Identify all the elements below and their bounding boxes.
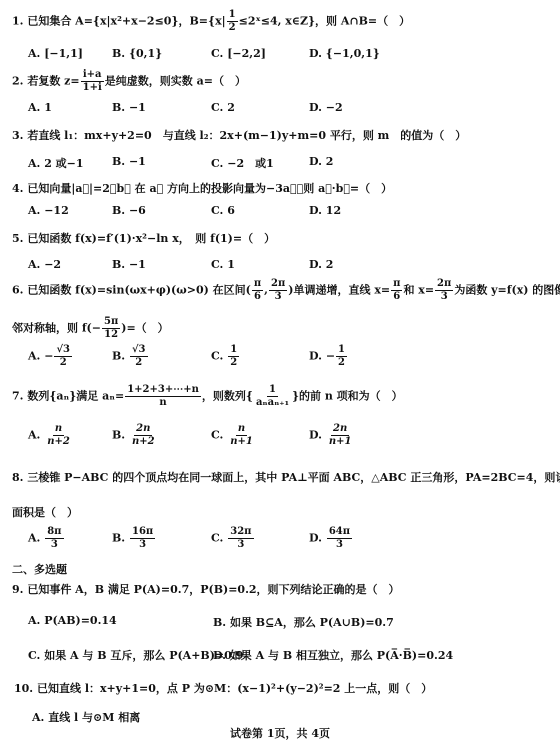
option-c: C. −2 或1 xyxy=(211,155,274,171)
denominator: n+2 xyxy=(130,436,157,447)
option-d: D. {−1,0,1} xyxy=(309,47,380,60)
numerator: 32π xyxy=(228,527,253,539)
option-b: B. −6 xyxy=(112,204,146,217)
option-a: A. −12 xyxy=(28,204,69,217)
question-6-stem-continued: 邻对称轴，则 f(−5π12)=（ ） xyxy=(12,317,169,340)
stem-text: 是纯虚数，则实数 a=（ ） xyxy=(105,75,246,88)
option-sign: − xyxy=(326,350,335,363)
question-9-stem: 9. 已知事件 A，B 满足 P(A)=0.7，P(B)=0.2，则下列结论正确… xyxy=(12,581,400,597)
fraction: π6 xyxy=(391,279,402,302)
question-number: 9. xyxy=(12,583,23,596)
numerator: n xyxy=(53,424,64,436)
section-title: 二、多选题 xyxy=(12,561,67,577)
denominator: aₙaₙ₊₁ xyxy=(254,397,291,408)
option-a: A. −√32 xyxy=(28,345,73,368)
fraction: i+a1+i xyxy=(81,70,104,93)
fraction: 2nn+1 xyxy=(327,424,354,447)
question-number: 1. xyxy=(12,15,23,28)
numerator: √3 xyxy=(130,345,148,357)
numerator: π xyxy=(391,279,402,291)
numerator: 64π xyxy=(327,527,352,539)
option-c: C. 12 xyxy=(211,345,240,368)
option-c: C. 1 xyxy=(211,258,235,271)
fraction: 32π3 xyxy=(228,527,253,550)
question-4-stem: 4. 已知向量|a⃗|=2，b⃗ 在 a⃗ 方向上的投影向量为−3a⃗，则 a⃗… xyxy=(12,180,392,196)
stem-text: 已知函数 f(x)=sin(ωx+φ)(ω>0) 在区间( xyxy=(27,284,251,297)
stem-text: 和 x= xyxy=(403,284,434,297)
stem-text: )单调递增，直线 x= xyxy=(288,284,390,297)
stem-text: 已知集合 A={x|x²+x−2≤0}，B={x| xyxy=(27,15,225,28)
stem-text: 已知事件 A，B 满足 P(A)=0.7，P(B)=0.2，则下列结论正确的是（… xyxy=(27,583,399,596)
option-d: D. 64π3 xyxy=(309,527,353,550)
option-label: C. xyxy=(211,350,223,363)
option-b: B. 16π3 xyxy=(112,527,156,550)
denominator: 2 xyxy=(228,357,239,368)
stem-text: }的前 n 项和为（ ） xyxy=(292,390,403,403)
stem-text: ，则数列{ xyxy=(202,390,253,403)
option-label: D. xyxy=(309,350,322,363)
option-b: B. −1 xyxy=(112,155,146,168)
option-b: B. 2nn+2 xyxy=(112,424,158,447)
stem-text: , xyxy=(264,284,268,297)
question-3-stem: 3. 若直线 l₁：mx+y+2=0 与直线 l₂：2x+(m−1)y+m=0 … xyxy=(12,127,466,143)
denominator: 2 xyxy=(336,357,347,368)
stem-text: 已知向量|a⃗|=2，b⃗ 在 a⃗ 方向上的投影向量为−3a⃗，则 a⃗·b⃗… xyxy=(27,182,392,195)
option-label: D. xyxy=(309,532,322,545)
option-a: A. P(AB)=0.14 xyxy=(28,614,117,627)
stem-text: 已知直线 l：x+y+1=0，点 P 为⊙M：(x−1)²+(y−2)²=2 上… xyxy=(37,682,432,695)
numerator: √3 xyxy=(54,345,72,357)
denominator: n+1 xyxy=(327,436,354,447)
option-a: A. 1 xyxy=(28,101,52,114)
option-label: A. xyxy=(28,532,40,545)
numerator: 2π xyxy=(435,279,453,291)
fraction: 2π3 xyxy=(435,279,453,302)
denominator: 3 xyxy=(334,539,345,550)
fraction: √32 xyxy=(54,345,72,368)
question-number: 4. xyxy=(12,182,23,195)
option-label: B. xyxy=(112,429,125,442)
stem-text: 若直线 l₁：mx+y+2=0 与直线 l₂：2x+(m−1)y+m=0 平行，… xyxy=(27,129,466,142)
question-number: 2. xyxy=(12,75,23,88)
question-number: 6. xyxy=(12,284,23,297)
denominator: 3 xyxy=(235,539,246,550)
stem-text: 邻对称轴，则 f(− xyxy=(12,322,101,335)
option-sign: − xyxy=(44,350,53,363)
option-b: B. 如果 B⊆A，那么 P(A∪B)=0.7 xyxy=(213,614,394,630)
denominator: 3 xyxy=(273,291,284,302)
fraction: 12 xyxy=(336,345,347,368)
stem-text: 已知函数 f(x)=f′(1)·x²−ln x， 则 f(1)=（ ） xyxy=(27,232,275,245)
option-b: B. {0,1} xyxy=(112,47,162,60)
stem-text: 若复数 z= xyxy=(27,75,79,88)
option-label: B. xyxy=(112,350,125,363)
denominator: n xyxy=(157,397,168,408)
option-d: D. −2 xyxy=(309,101,343,114)
numerator: n xyxy=(236,424,247,436)
option-label: C. xyxy=(211,532,223,545)
option-b: B. √32 xyxy=(112,345,149,368)
page-footer: 试卷第 1页，共 4页 xyxy=(0,725,560,741)
question-1-stem: 1. 已知集合 A={x|x²+x−2≤0}，B={x|12≤2ˣ≤4, x∈Z… xyxy=(12,10,410,33)
stem-text: 三棱锥 P−ABC 的四个顶点均在同一球面上，其中 PA⊥平面 ABC，△ABC… xyxy=(27,471,560,484)
option-a: A. 直线 l 与⊙M 相离 xyxy=(32,709,140,725)
option-a: A. 8π3 xyxy=(28,527,65,550)
question-number: 7. xyxy=(12,390,23,403)
option-a: A. [−1,1] xyxy=(28,47,83,60)
numerator: 8π xyxy=(45,527,63,539)
option-d: D. 2 xyxy=(309,155,333,168)
numerator: i+a xyxy=(81,70,104,82)
numerator: 1 xyxy=(227,10,238,22)
fraction: 12 xyxy=(227,10,238,33)
numerator: 1+2+3+⋯+n xyxy=(125,385,201,397)
fraction: 1aₙaₙ₊₁ xyxy=(254,385,291,408)
denominator: 3 xyxy=(137,539,148,550)
option-label: C. xyxy=(211,429,223,442)
question-number: 10. xyxy=(14,682,33,695)
option-label: D. xyxy=(309,429,322,442)
option-c: C. nn+1 xyxy=(211,424,256,447)
option-a: A. −2 xyxy=(28,258,61,271)
numerator: 2n xyxy=(331,424,349,436)
denominator: 12 xyxy=(102,329,120,340)
numerator: 1 xyxy=(336,345,347,357)
numerator: 1 xyxy=(228,345,239,357)
stem-text: ≤2ˣ≤4, x∈Z}，则 A∩B=（ ） xyxy=(239,15,411,28)
option-c: C. 32π3 xyxy=(211,527,255,550)
fraction: 2π3 xyxy=(269,279,287,302)
option-d: D. 2nn+1 xyxy=(309,424,354,447)
option-label: B. xyxy=(112,532,125,545)
fraction: 8π3 xyxy=(45,527,63,550)
option-d: D. −12 xyxy=(309,345,348,368)
denominator: 3 xyxy=(439,291,450,302)
option-a: A. 2 或−1 xyxy=(28,155,84,171)
option-d: D. 如果 A 与 B 相互独立，那么 P(A̅·B̅)=0.24 xyxy=(213,647,453,663)
fraction: π6 xyxy=(252,279,263,302)
numerator: 16π xyxy=(130,527,155,539)
option-b: B. −1 xyxy=(112,101,146,114)
denominator: 2 xyxy=(227,22,238,33)
fraction: 2nn+2 xyxy=(130,424,157,447)
denominator: 1+i xyxy=(81,82,104,93)
fraction: 1+2+3+⋯+nn xyxy=(125,385,201,408)
numerator: 2n xyxy=(134,424,152,436)
denominator: 3 xyxy=(49,539,60,550)
question-5-stem: 5. 已知函数 f(x)=f′(1)·x²−ln x， 则 f(1)=（ ） xyxy=(12,230,275,246)
option-d: D. 2 xyxy=(309,258,333,271)
question-6-stem: 6. 已知函数 f(x)=sin(ωx+φ)(ω>0) 在区间(π6,2π3)单… xyxy=(12,279,560,302)
question-2-stem: 2. 若复数 z=i+a1+i是纯虚数，则实数 a=（ ） xyxy=(12,70,246,93)
numerator: 5π xyxy=(102,317,120,329)
question-number: 3. xyxy=(12,129,23,142)
question-number: 8. xyxy=(12,471,23,484)
stem-text: 为函数 y=f(x) 的图像的两条相 xyxy=(454,284,560,297)
option-label: A. xyxy=(28,350,40,363)
fraction: 12 xyxy=(228,345,239,368)
option-d: D. 12 xyxy=(309,204,341,217)
question-7-stem: 7. 数列{aₙ}满足 aₙ=1+2+3+⋯+nn，则数列{1aₙaₙ₊₁}的前… xyxy=(12,385,403,408)
fraction: √32 xyxy=(130,345,148,368)
denominator: 6 xyxy=(391,291,402,302)
option-c: C. [−2,2] xyxy=(211,47,266,60)
question-8-stem: 8. 三棱锥 P−ABC 的四个顶点均在同一球面上，其中 PA⊥平面 ABC，△… xyxy=(12,469,560,485)
fraction: 5π12 xyxy=(102,317,120,340)
question-10-stem: 10. 已知直线 l：x+y+1=0，点 P 为⊙M：(x−1)²+(y−2)²… xyxy=(14,680,432,696)
option-a: A. nn+2 xyxy=(28,424,73,447)
fraction: 64π3 xyxy=(327,527,352,550)
denominator: n+1 xyxy=(228,436,255,447)
numerator: 1 xyxy=(267,385,278,397)
question-number: 5. xyxy=(12,232,23,245)
denominator: n+2 xyxy=(45,436,72,447)
fraction: nn+1 xyxy=(228,424,255,447)
question-8-stem-continued: 面积是（ ） xyxy=(12,504,78,520)
option-c: C. 6 xyxy=(211,204,235,217)
denominator: 2 xyxy=(133,357,144,368)
option-c: C. 如果 A 与 B 互斥，那么 P(A+B)=0.9 xyxy=(28,647,243,663)
fraction: nn+2 xyxy=(45,424,72,447)
numerator: 2π xyxy=(269,279,287,291)
denominator: 6 xyxy=(252,291,263,302)
option-c: C. 2 xyxy=(211,101,235,114)
fraction: 16π3 xyxy=(130,527,155,550)
option-label: A. xyxy=(28,429,40,442)
stem-text: 数列{aₙ}满足 aₙ= xyxy=(27,390,124,403)
denominator: 2 xyxy=(58,357,69,368)
option-b: B. −1 xyxy=(112,258,146,271)
stem-text: )=（ ） xyxy=(121,322,168,335)
numerator: π xyxy=(252,279,263,291)
